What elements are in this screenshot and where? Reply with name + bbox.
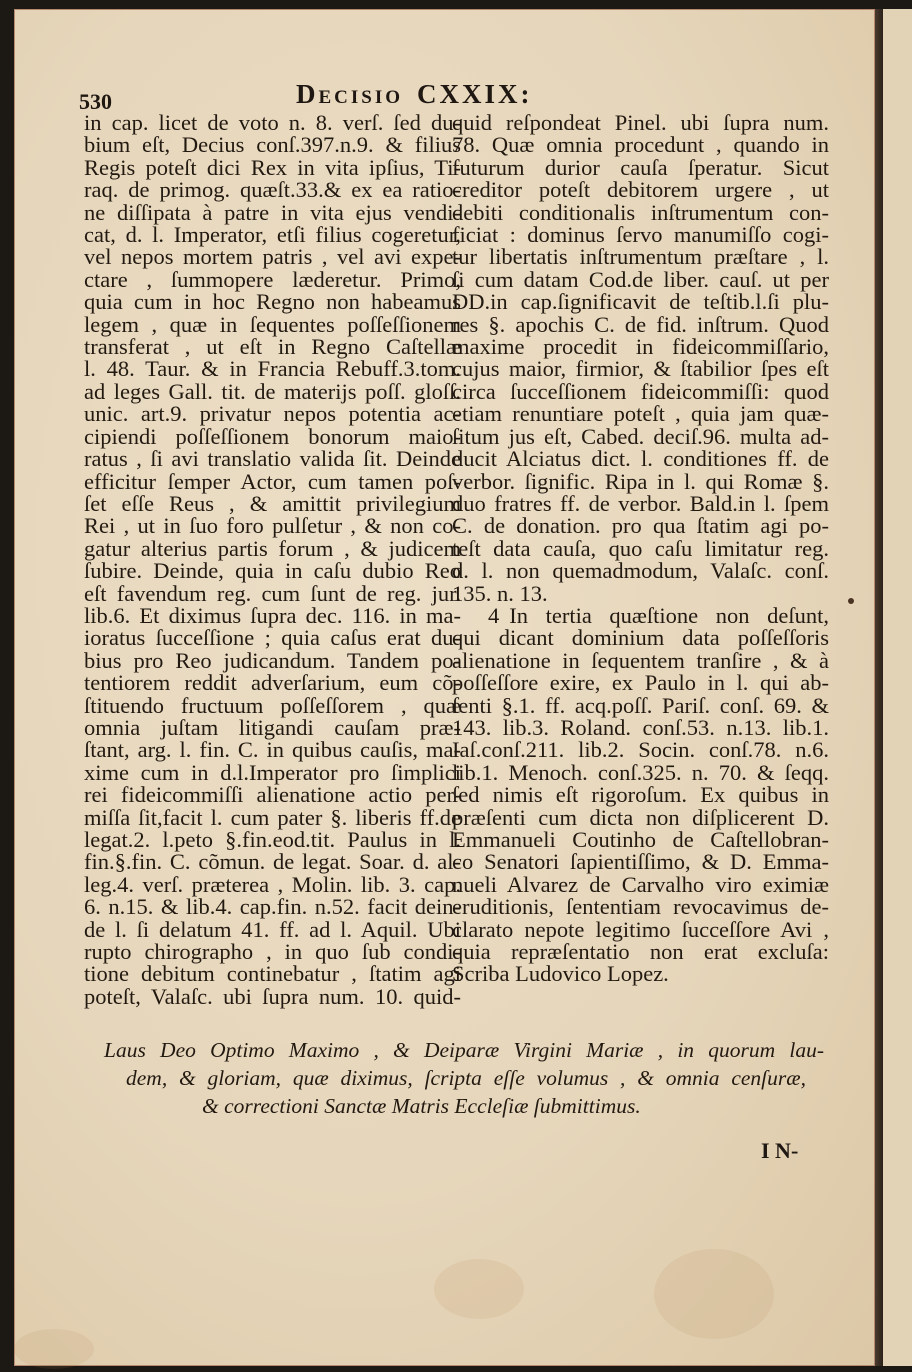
text-line: circa ſucceſſionem fideicommiſſi: quod xyxy=(452,381,829,403)
bleed-through-text xyxy=(62,1200,66,1216)
text-line: unic. art.9. privatur nepos potentia ac- xyxy=(84,403,461,425)
foxing-stain xyxy=(14,1329,94,1369)
text-line: ctare , ſummopere læderetur. Primo, xyxy=(84,269,461,291)
text-line: efficitur ſemper Actor, cum tamen poſ- xyxy=(84,471,461,493)
text-line: cat, d. l. Imperator, etſi filius cogere… xyxy=(84,224,461,246)
text-line: leg.4. verſ. præterea , Molin. lib. 3. c… xyxy=(84,874,461,896)
text-line: Emmanueli Coutinho de Caſtellobran- xyxy=(452,829,829,851)
text-line: ſtituendo fructuum poſſeſſorem , quæ xyxy=(84,695,461,717)
text-line: verbor. ſignific. Ripa in l. qui Romæ §. xyxy=(452,471,829,493)
text-line: ratus , ſi avi translatio valida ſit. De… xyxy=(84,448,461,470)
ink-spot xyxy=(848,598,854,604)
text-line: ſenti §.1. ff. acq.poſſ. Pariſ. conſ. 69… xyxy=(452,695,829,717)
text-line: bius pro Reo judicandum. Tandem po- xyxy=(84,650,461,672)
right-text-column: quid reſpondeat Pinel. ubi ſupra num.78.… xyxy=(452,112,829,986)
text-line: fin.§.fin. C. cõmun. de legat. Soar. d. … xyxy=(84,851,461,873)
text-line: 6. n.15. & lib.4. cap.fin. n.52. facit d… xyxy=(84,896,461,918)
text-line: lib.1. Menoch. conſ.325. n. 70. & ſeqq. xyxy=(452,762,829,784)
text-line: 78. Quæ omnia procedunt , quando in xyxy=(452,134,829,156)
text-line: præſenti cum dicta non diſplicerent D. xyxy=(452,807,829,829)
text-line: alienatione in ſequentem tranſire , & à xyxy=(452,650,829,672)
text-line: cujus maior, firmior, & ſtabilior ſpes e… xyxy=(452,358,829,380)
text-line: 143. lib.3. Roland. conſ.53. n.13. lib.1… xyxy=(452,717,829,739)
text-line: ad leges Gall. tit. de materijs poſſ. gl… xyxy=(84,381,461,403)
text-line: Scriba Ludovico Lopez. xyxy=(452,963,829,985)
closing-line: dem, & gloriam, quæ diximus, ſcripta eſſ… xyxy=(104,1064,806,1092)
left-text-column: in cap. licet de voto n. 8. verſ. ſed du… xyxy=(84,112,461,1008)
foxing-stain xyxy=(434,1259,524,1319)
text-line: ſet eſſe Reus , & amittit privilegium xyxy=(84,493,461,515)
text-line: Iaſ.conſ.211. lib.2. Socin. conſ.78. n.6… xyxy=(452,739,829,761)
text-line: poteſt, Valaſc. ubi ſupra num. 10. quid- xyxy=(84,986,461,1008)
text-line: qui dicant dominium data poſſeſſoris xyxy=(452,627,829,649)
text-line: 135. n. 13. xyxy=(452,583,829,605)
closing-doxology: Laus Deo Optimo Maximo , & Deiparæ Virgi… xyxy=(104,1036,824,1120)
text-line: ſubire. Deinde, quia in caſu dubio Reo xyxy=(84,560,461,582)
text-line: cipiendi poſſeſſionem bonorum maio- xyxy=(84,426,461,448)
text-line: etiam renuntiare poteſt , quia jam quæ- xyxy=(452,403,829,425)
text-line: quia cum in hoc Regno non habeamus xyxy=(84,291,461,313)
text-line: raq. de primog. quæſt.33.& ex ea ratio- xyxy=(84,179,461,201)
text-line: lib.6. Et diximus ſupra dec. 116. in ma- xyxy=(84,605,461,627)
text-line: res §. apochis C. de fid. inſtrum. Quod xyxy=(452,314,829,336)
text-line: DD.in cap.ſignificavit de teſtib.l.ſi pl… xyxy=(452,291,829,313)
text-line: eſt favendum reg. cum ſunt de reg. jur. xyxy=(84,583,461,605)
text-line: legem , quæ in ſequentes poſſeſſionem xyxy=(84,314,461,336)
text-line: legat.2. l.peto §.fin.eod.tit. Paulus in… xyxy=(84,829,461,851)
text-line: Regis poteſt dici Rex in vita ipſius, Ti… xyxy=(84,157,461,179)
text-line: omnia juſtam litigandi cauſam præ- xyxy=(84,717,461,739)
text-line: gatur alterius partis forum , & judicem xyxy=(84,538,461,560)
text-line: de l. ſi delatum 41. ff. ad l. Aquil. Ub… xyxy=(84,919,461,941)
book-gutter xyxy=(875,9,883,1366)
text-line: Rei , ut in ſuo foro pulſetur , & non co… xyxy=(84,515,461,537)
text-line: xime cum in d.l.Imperator pro ſimplici xyxy=(84,762,461,784)
text-line: transferat , ut eſt in Regno Caſtellæ xyxy=(84,336,461,358)
running-head-decision-number: CXXIX: xyxy=(417,79,533,109)
text-line: vel nepos mortem patris , vel avi expe- xyxy=(84,246,461,268)
text-line: quid reſpondeat Pinel. ubi ſupra num. xyxy=(452,112,829,134)
facing-page-edge xyxy=(883,9,912,1366)
text-line: bium eſt, Decius conſ.397.n.9. & filius xyxy=(84,134,461,156)
text-line: clarato nepote legitimo ſucceſſore Avi , xyxy=(452,919,829,941)
text-line: duo fratres ff. de verbor. Bald.in l. ſp… xyxy=(452,493,829,515)
text-line: nueli Alvarez de Carvalho viro eximiæ xyxy=(452,874,829,896)
text-line: maxime procedit in fideicommiſſario, xyxy=(452,336,829,358)
text-line: co Senatori ſapientiſſimo, & D. Emma- xyxy=(452,851,829,873)
text-line: poſſeſſore exire, ex Paulo in l. qui ab- xyxy=(452,672,829,694)
text-line: l. 48. Taur. & in Francia Rebuff.3.tom. xyxy=(84,358,461,380)
text-line: miſſa ſit,facit l. cum pater §. liberis … xyxy=(84,807,461,829)
text-line: rei fideicommiſſi alienatione actio per- xyxy=(84,784,461,806)
text-line: quia repræſentatio non erat excluſa: xyxy=(452,941,829,963)
text-line: ſed nimis eſt rigoroſum. Ex quibus in xyxy=(452,784,829,806)
text-line: tur libertatis inſtrumentum præſtare , l… xyxy=(452,246,829,268)
text-line: teſt data cauſa, quo caſu limitatur reg. xyxy=(452,538,829,560)
text-line: rupto chirographo , in quo ſub condi- xyxy=(84,941,461,963)
text-line: in cap. licet de voto n. 8. verſ. ſed du… xyxy=(84,112,461,134)
catchword: I N- xyxy=(761,1138,798,1164)
text-line: eruditionis, ſententiam revocavimus de- xyxy=(452,896,829,918)
text-line: d. l. non quemadmodum, Valaſc. conſ. xyxy=(452,560,829,582)
text-line: ducit Alciatus dict. l. conditiones ff. … xyxy=(452,448,829,470)
text-line: creditor poteſt debitorem urgere , ut xyxy=(452,179,829,201)
section-number: 4 xyxy=(488,603,499,628)
foxing-stain xyxy=(654,1249,774,1339)
text-line: ioratus ſucceſſione ; quia caſus erat du… xyxy=(84,627,461,649)
text-line: ne diſſipata à patre in vita ejus vendi- xyxy=(84,202,461,224)
text-line: tentiorem reddit adverſarium, eum cõ- xyxy=(84,672,461,694)
text-line: ficiat : dominus ſervo manumiſſo cogi- xyxy=(452,224,829,246)
closing-line: Laus Deo Optimo Maximo , & Deiparæ Virgi… xyxy=(104,1036,824,1064)
text-line: debiti conditionalis inſtrumentum con- xyxy=(452,202,829,224)
running-head: DecisioCXXIX: xyxy=(296,79,547,110)
text-line: tione debitum continebatur , ſtatim agi xyxy=(84,963,461,985)
text-line: ſtant, arg. l. fin. C. in quibus cauſis,… xyxy=(84,739,461,761)
text-line: ſi cum datam Cod.de liber. cauſ. ut per xyxy=(452,269,829,291)
text-line: futurum durior cauſa ſperatur. Sicut xyxy=(452,157,829,179)
text-line: ſitum jus eſt, Cabed. deciſ.96. multa ad… xyxy=(452,426,829,448)
text-line: C. de donation. pro qua ſtatim agi po- xyxy=(452,515,829,537)
running-head-word: Decisio xyxy=(296,79,403,109)
text-line: In tertia quæſtione non deſunt, xyxy=(509,603,829,628)
closing-line: & correctioni Sanctæ Matris Eccleſiæ ſub… xyxy=(104,1092,824,1120)
section-first-line: 4In tertia quæſtione non deſunt, xyxy=(452,605,829,627)
